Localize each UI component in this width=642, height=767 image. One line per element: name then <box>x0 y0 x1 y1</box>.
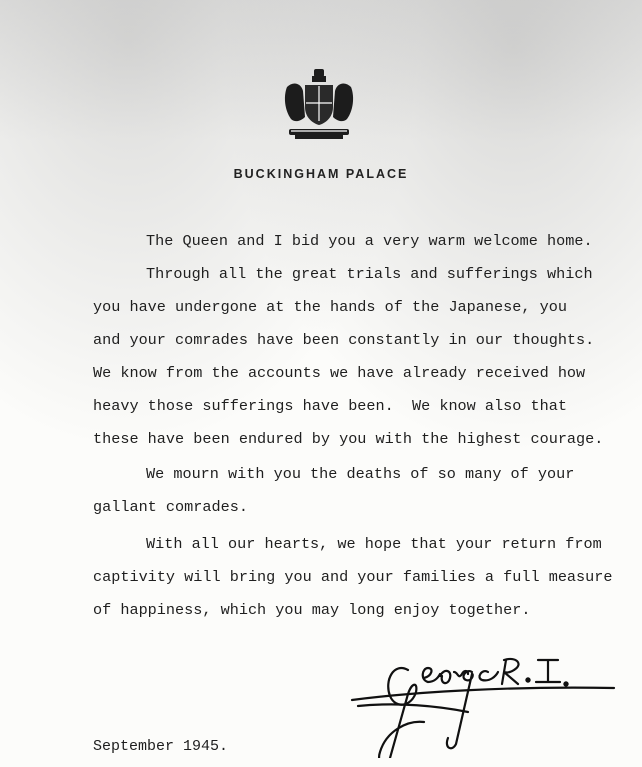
letterhead-title: BUCKINGHAM PALACE <box>0 167 642 181</box>
body-line: of happiness, which you may long enjoy t… <box>93 601 530 619</box>
body-line: and your comrades have been constantly i… <box>93 331 594 349</box>
body-line: captivity will bring you and your famili… <box>93 568 613 586</box>
body-line: Through all the great trials and sufferi… <box>146 265 593 283</box>
signature-icon <box>338 648 618 758</box>
letter-date: September 1945. <box>93 738 228 755</box>
body-line: gallant comrades. <box>93 498 248 516</box>
body-line: these have been endured by you with the … <box>93 430 603 448</box>
body-line: The Queen and I bid you a very warm welc… <box>146 232 593 250</box>
letter-page: BUCKINGHAM PALACE The Queen and I bid yo… <box>0 0 642 767</box>
body-line: We know from the accounts we have alread… <box>93 364 585 382</box>
body-line: With all our hearts, we hope that your r… <box>146 535 602 553</box>
body-line: We mourn with you the deaths of so many … <box>146 465 574 483</box>
royal-coat-of-arms-icon <box>283 67 355 145</box>
body-line: you have undergone at the hands of the J… <box>93 298 567 316</box>
body-line: heavy those sufferings have been. We kno… <box>93 397 567 415</box>
